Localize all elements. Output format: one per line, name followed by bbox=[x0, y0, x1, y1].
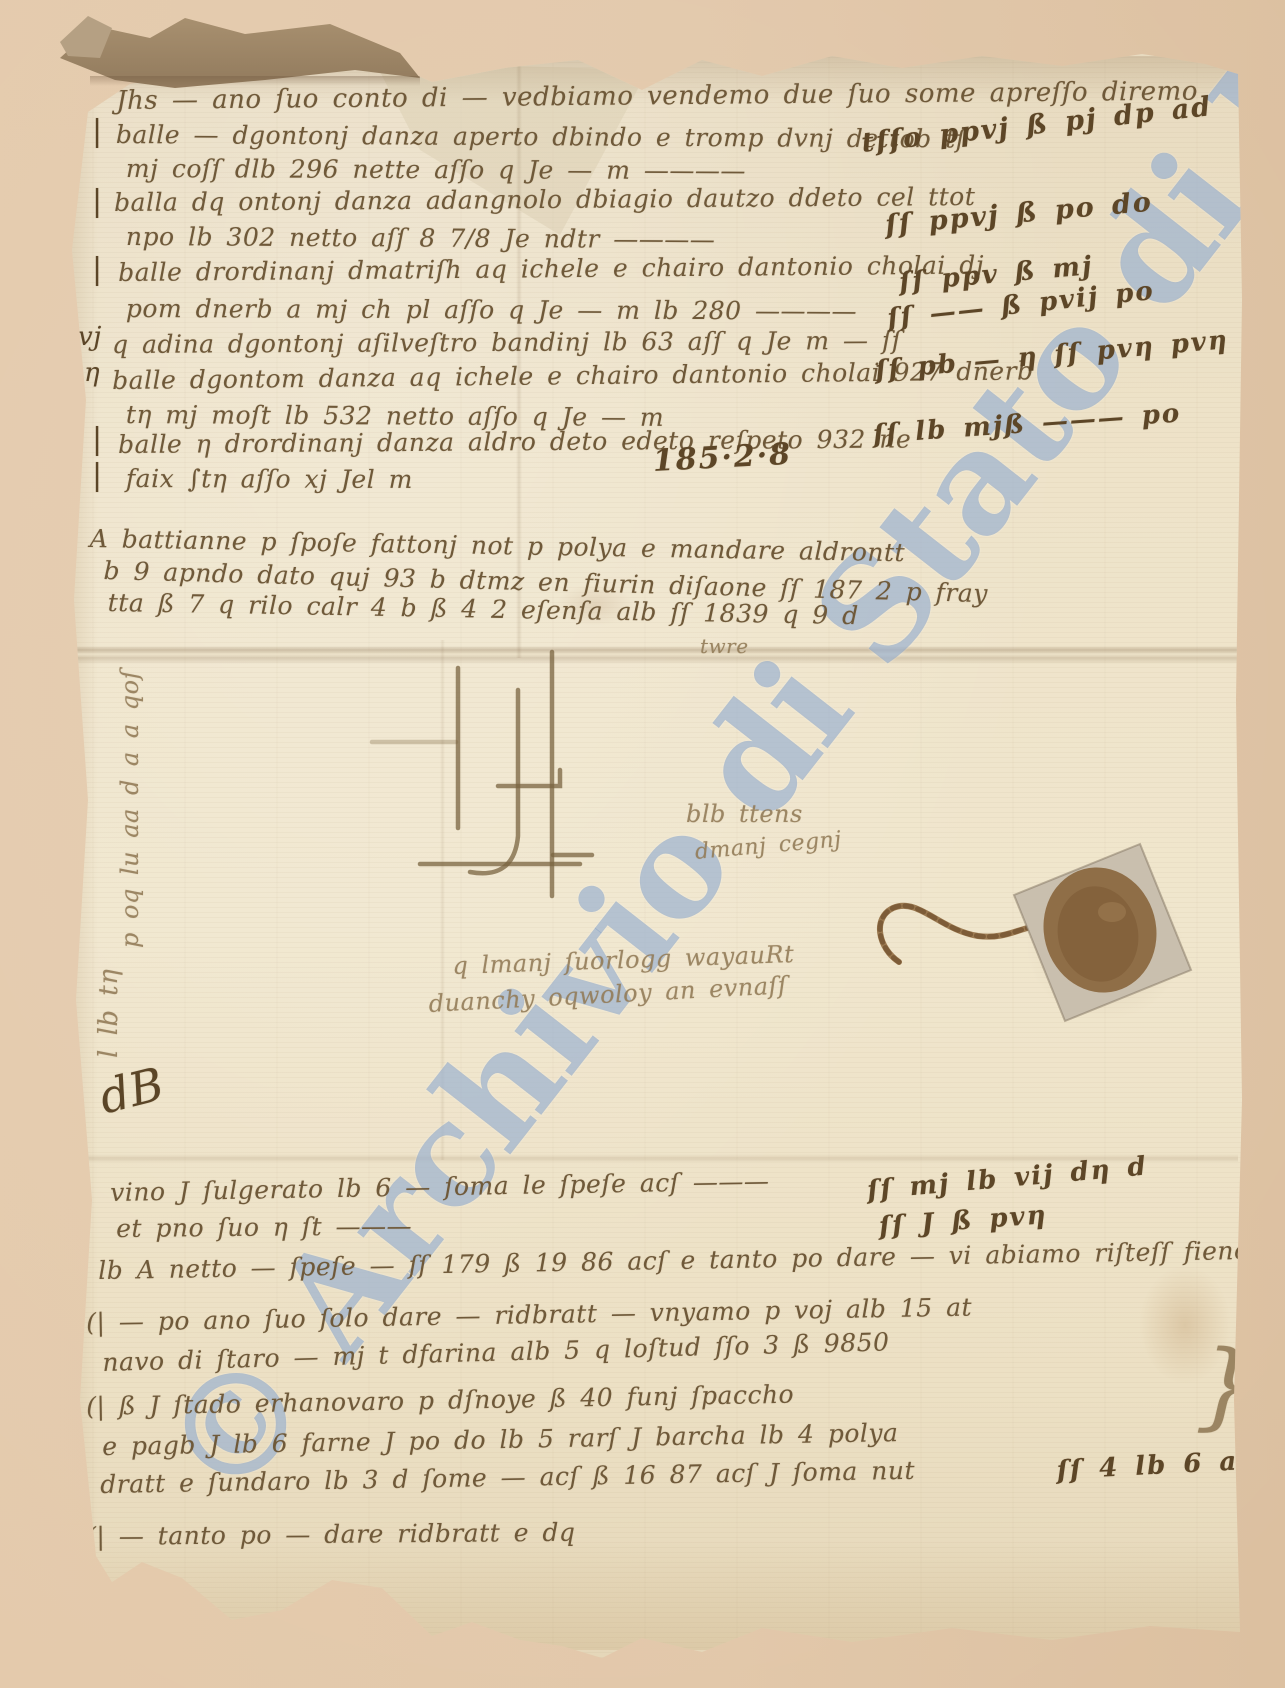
manuscript-line: blb ttens bbox=[686, 800, 803, 828]
manuscript-line: l lb tη bbox=[94, 969, 124, 1058]
manuscript-line: q adina dgontonj aſilveſtro bandinj lb 6… bbox=[112, 326, 902, 359]
manuscript-line: balle η drordinanj danza aldro deto edet… bbox=[118, 424, 911, 459]
torn-paper-flap-tail bbox=[60, 14, 130, 64]
manuscript-line: balle — dgontonj danza aperto dbindo e t… bbox=[116, 120, 966, 153]
manuscript-line: ſſ lb mjß ——— po bbox=[872, 398, 1182, 449]
manuscript-line: | bbox=[92, 184, 103, 219]
manuscript-line: twre bbox=[700, 634, 749, 658]
vertical-fold-crease-middle bbox=[440, 640, 445, 1160]
manuscript-line: mj coſſ dlb 296 nette aſſo q Je — m ———— bbox=[126, 154, 746, 185]
manuscript-line: (| ß J ſtado erhanovaro p dſnoye ß 40 fu… bbox=[86, 1380, 794, 1421]
wax-blob bbox=[1030, 855, 1171, 1006]
manuscript-line: ſſ J ß pvη bbox=[878, 1200, 1048, 1242]
manuscript-line: pom dnerb a mj ch pl aſſo q Je — m lb 28… bbox=[126, 294, 857, 326]
merchant-mark-sketch bbox=[372, 652, 592, 896]
scanned-manuscript-page: © Archivio di Stato di Prato bbox=[0, 0, 1285, 1688]
manuscript-line: balle drordinanj dmatriſh aq ichele e ch… bbox=[118, 250, 984, 287]
manuscript-line: | bbox=[92, 458, 103, 493]
wax-seal bbox=[1014, 844, 1191, 1021]
manuscript-line: 185·2·8 bbox=[652, 437, 793, 479]
manuscript-line: dmanj cegnj bbox=[694, 827, 843, 865]
manuscript-line: navo di ſtaro — mj t dfarina alb 5 q loſ… bbox=[102, 1327, 890, 1377]
seal-cord bbox=[880, 906, 1044, 962]
manuscript-line: e pagb J lb 6 farne J po do lb 5 rarſ J … bbox=[102, 1418, 899, 1461]
manuscript-line: p oq lu aa d a a qoſ bbox=[116, 670, 144, 948]
manuscript-line: ſſ 4 lb 6 acſ bbox=[1056, 1445, 1270, 1486]
manuscript-line: } bbox=[1194, 1330, 1259, 1442]
manuscript-line: (| — tanto po — dare ridbratt e dq bbox=[86, 1518, 576, 1551]
manuscript-line: lb A netto — ſpeſe — ſſ 179 ß 19 86 acſ … bbox=[98, 1236, 1250, 1285]
manuscript-line: vj bbox=[78, 322, 102, 352]
manuscript-line: | bbox=[92, 422, 103, 457]
manuscript-line: ſſ mj lb vij dη d bbox=[866, 1151, 1149, 1205]
seal-paper-square bbox=[1014, 844, 1191, 1021]
manuscript-line: faix ∫tη aſſo xj Jel m bbox=[126, 464, 413, 494]
manuscript-line: et pno ſuo η ſt ——— bbox=[116, 1211, 412, 1243]
paper-sheet: © Archivio di Stato di Prato bbox=[0, 0, 1285, 1688]
manuscript-line: ſſ pb — η ſſ pvη pvη bbox=[874, 325, 1230, 386]
manuscript-line: dB bbox=[94, 1056, 169, 1124]
horizontal-fold-crease-upper bbox=[58, 646, 1238, 664]
bottom-edge-shading bbox=[60, 1540, 1240, 1650]
manuscript-line: npo lb 302 netto aſſ 8 7/8 Je ndtr ———— bbox=[126, 222, 716, 254]
manuscript-line: η bbox=[84, 358, 100, 388]
manuscript-line: vino J ſulgerato lb 6 — ſoma le ſpeſe ac… bbox=[110, 1166, 770, 1207]
seal-shadow bbox=[1000, 845, 1210, 1045]
manuscript-line: dratt e ſundaro lb 3 d ſome — acſ ß 16 8… bbox=[100, 1456, 915, 1499]
manuscript-line: | bbox=[92, 252, 103, 287]
manuscript-line: | bbox=[92, 114, 103, 149]
manuscript-line: balla dq ontonj danza adangnolo dbiagio … bbox=[114, 182, 975, 217]
